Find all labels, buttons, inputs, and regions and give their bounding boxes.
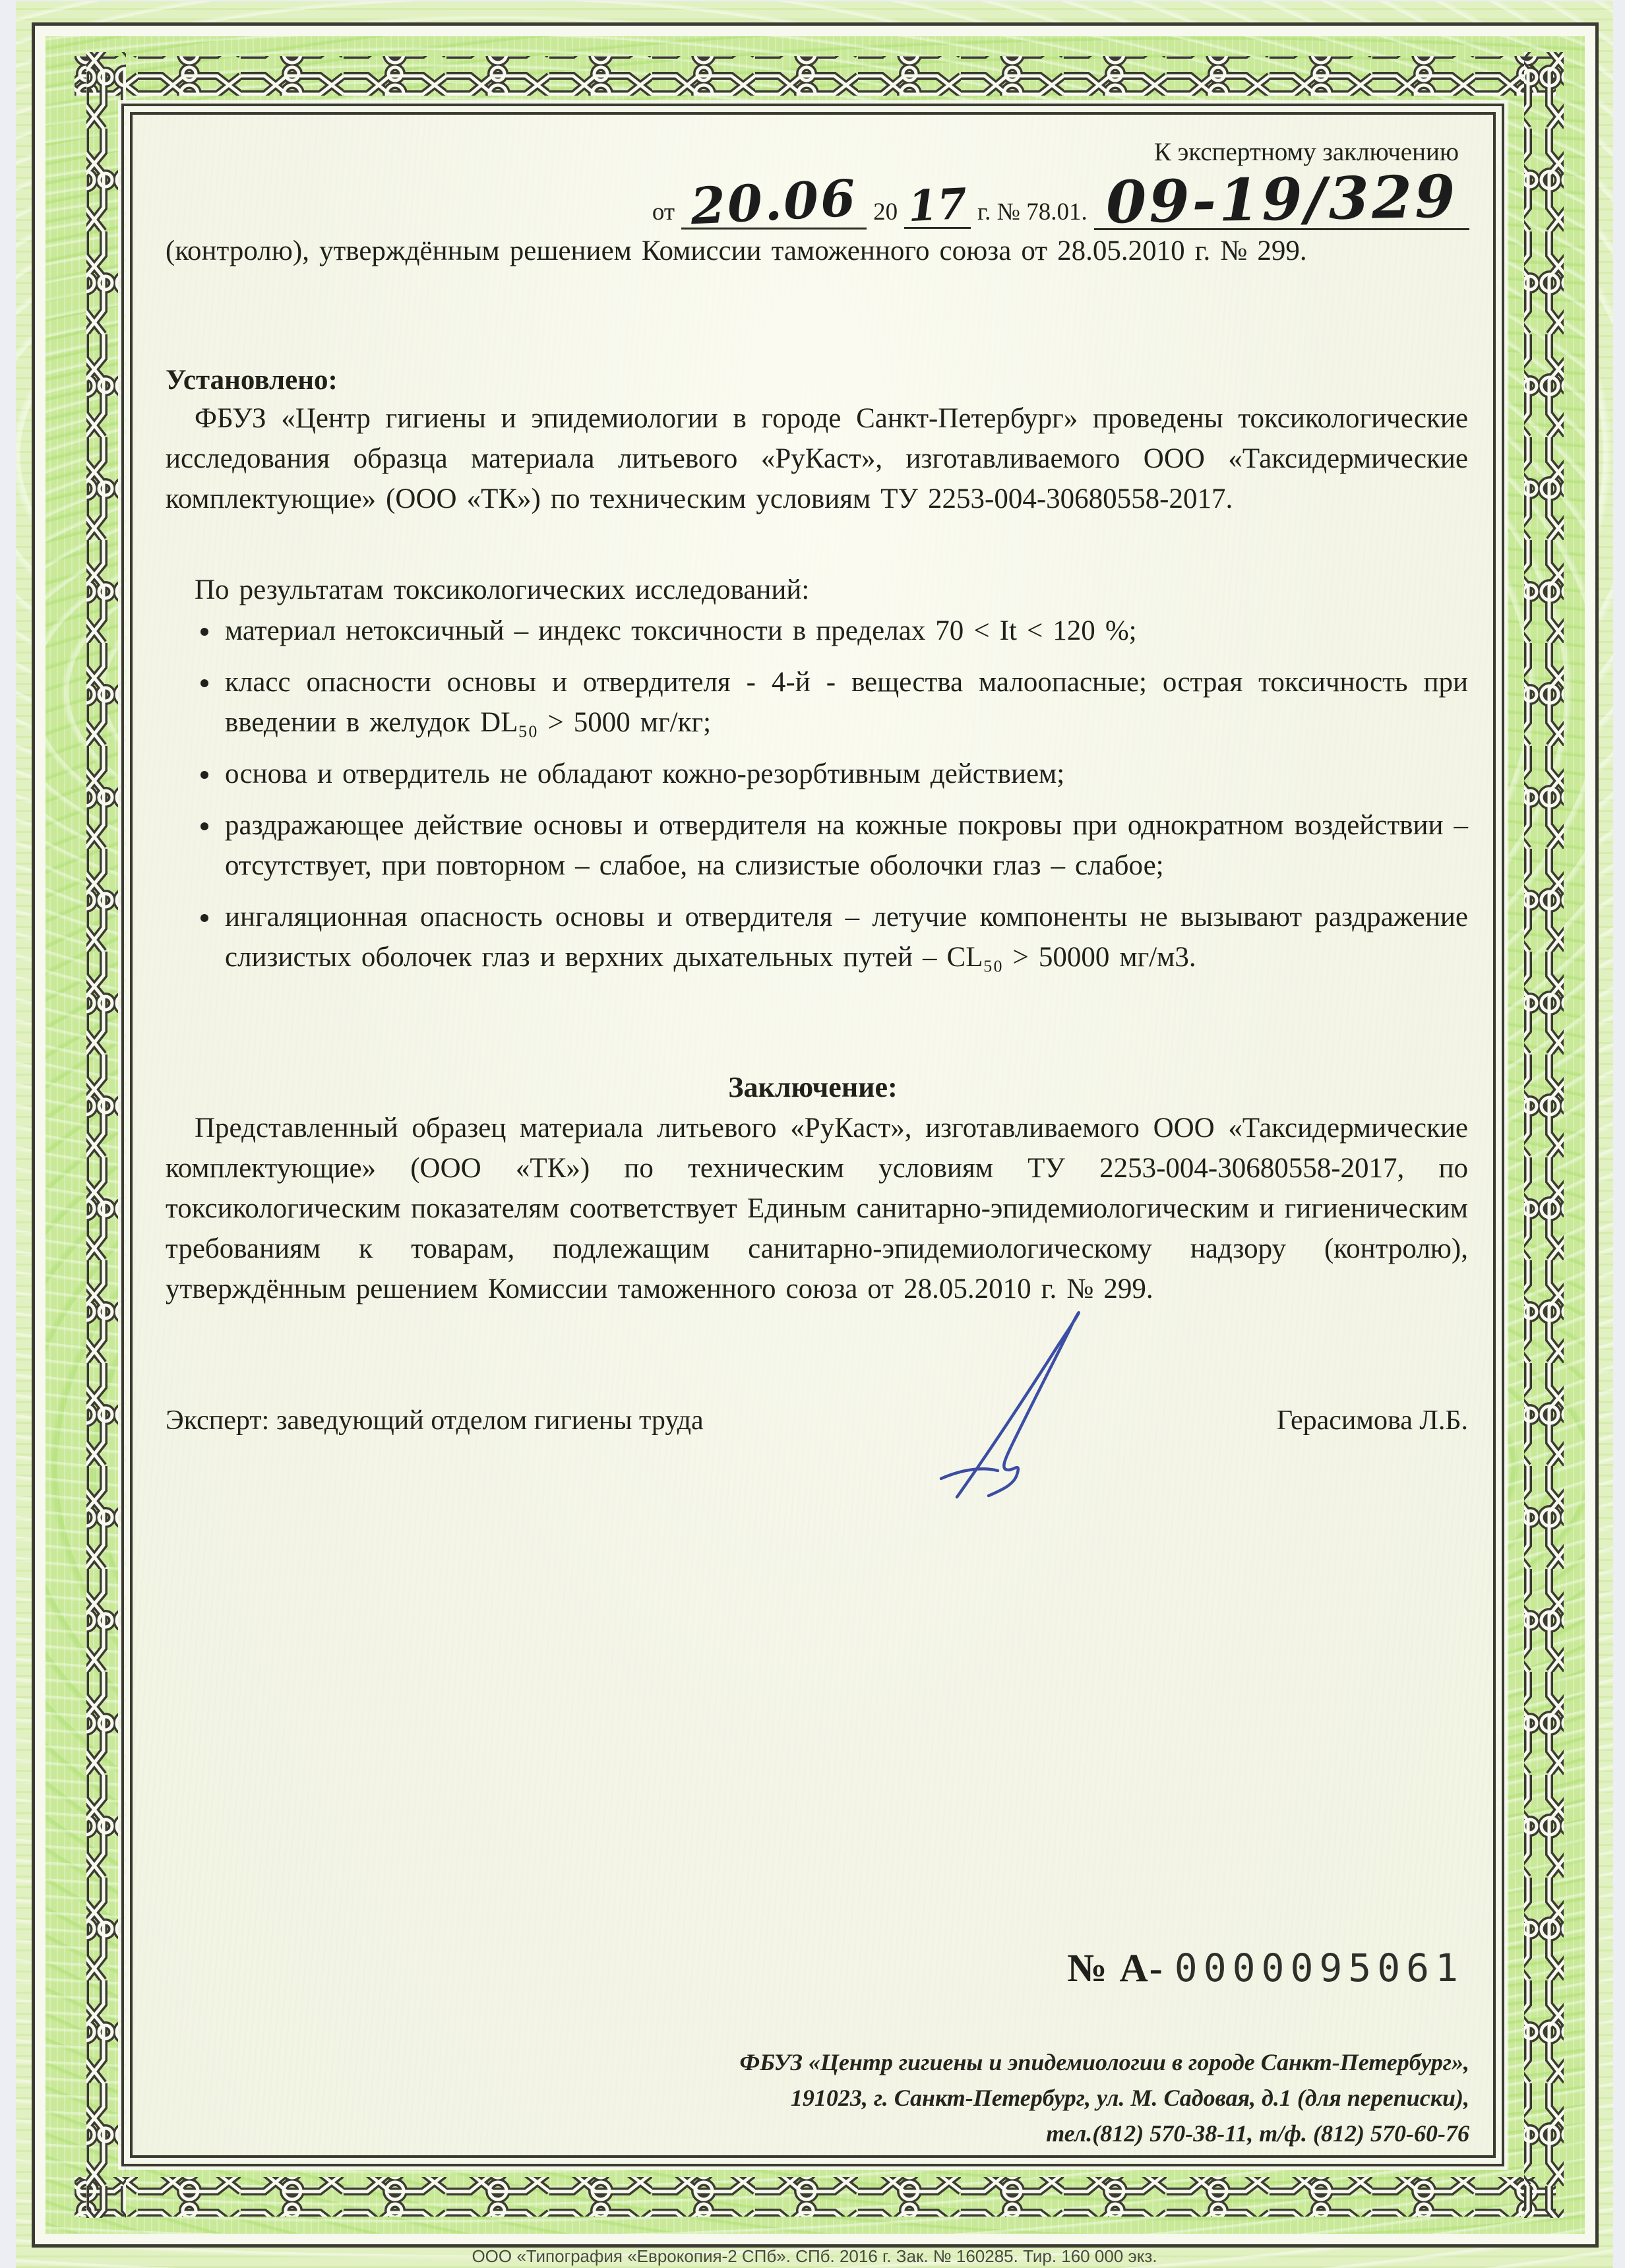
scanned-certificate-page: { "header": { "corner_label": "К эксперт… <box>0 0 1625 2268</box>
signature-stroke <box>911 1302 1161 1506</box>
issuer-org-name: ФБУЗ «Центр гигиены и эпидемиологии в го… <box>396 2044 1469 2080</box>
paragraph-established: ФБУЗ «Центр гигиены и эпидемиологии в го… <box>166 398 1468 519</box>
issuer-address: 191023, г. Санкт-Петербург, ул. М. Садов… <box>396 2080 1469 2116</box>
finding-item: класс опасности основы и отвердителя - 4… <box>221 662 1468 743</box>
section-heading-conclusion: Заключение: <box>133 1067 1493 1107</box>
date-prefix-label: от <box>652 198 675 226</box>
handwritten-year: 17 <box>907 183 967 229</box>
form-number-digits: 0000095061 <box>1175 1946 1464 1990</box>
issuer-phones: тел.(812) 570-38-11, т/ф. (812) 570-60-7… <box>396 2116 1469 2151</box>
print-shop-imprint: ООО «Типография «Еврокопия-2 СПб». СПб. … <box>16 2246 1613 2267</box>
certificate-sheet: К экспертному заключению от 20.06 20 17 … <box>16 1 1613 2268</box>
issuer-address-block: ФБУЗ «Центр гигиены и эпидемиологии в го… <box>396 2044 1469 2151</box>
finding-item: ингаляционная опасность основы и отверди… <box>221 897 1468 977</box>
expert-name: Герасимова Л.Б. <box>1277 1405 1468 1436</box>
results-intro: По результатам токсикологических исследо… <box>166 570 1468 610</box>
form-number-prefix: № А- <box>1067 1946 1164 1991</box>
number-prefix-label: г. № 78.01. <box>977 198 1088 226</box>
paragraph-intro: (контролю), утверждённым решением Комисс… <box>166 231 1468 271</box>
handwritten-case-number: 09-19/329 <box>1105 167 1458 231</box>
expert-signature-row: Эксперт: заведующий отделом гигиены труд… <box>166 1405 1468 1436</box>
certificate-border: К экспертному заключению от 20.06 20 17 … <box>32 22 1599 2248</box>
document-content-area: К экспертному заключению от 20.06 20 17 … <box>130 112 1496 2158</box>
finding-item: раздражающее действие основы и отвердите… <box>221 805 1468 886</box>
handwritten-date: 20.06 <box>689 173 859 231</box>
expert-title-label: Эксперт: заведующий отделом гигиены труд… <box>166 1405 704 1436</box>
paragraph-conclusion: Представленный образец материала литьево… <box>166 1108 1468 1309</box>
form-number: № А- 0000095061 <box>1067 1946 1464 1991</box>
finding-item: материал нетоксичный – индекс токсичност… <box>221 611 1468 651</box>
finding-item: основа и отвердитель не обладают кожно-р… <box>221 754 1468 794</box>
section-heading-established: Установлено: <box>166 360 338 400</box>
date-number-line: от 20.06 20 17 г. № 78.01. 09-19/329 <box>652 170 1469 230</box>
findings-list: материал нетоксичный – индекс токсичност… <box>166 611 1468 989</box>
year-printed-label: 20 <box>873 198 898 226</box>
